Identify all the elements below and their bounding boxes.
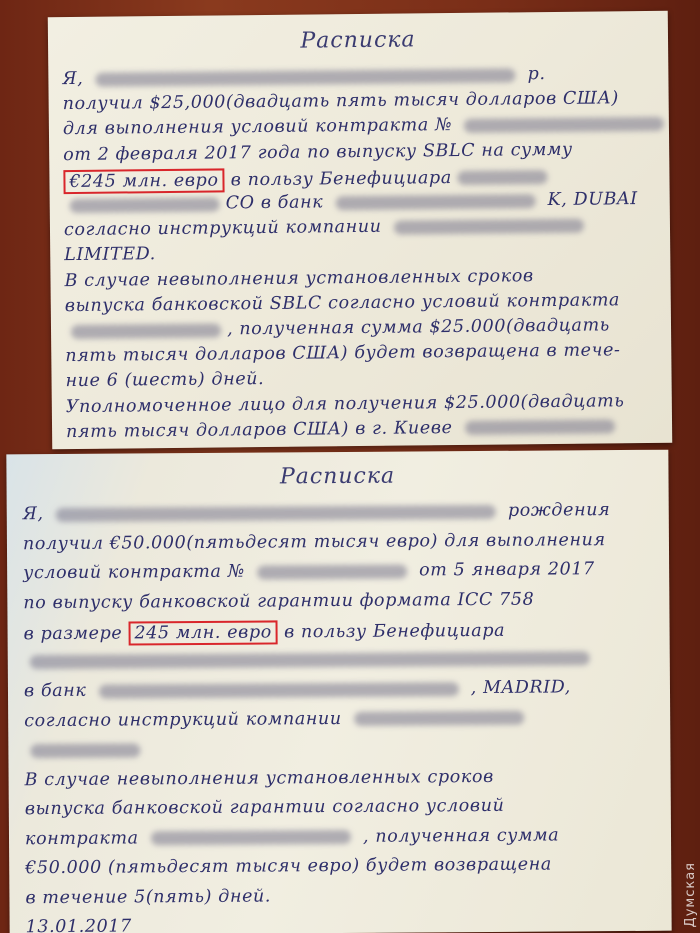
watermark: Думская xyxy=(683,862,698,927)
redacted-text xyxy=(151,830,351,845)
receipt-title: Расписка xyxy=(6,462,668,492)
receipt-top: Расписка Я, р.получил $25,000(двадцать п… xyxy=(48,11,672,449)
highlighted-amount: €245 млн. евро xyxy=(63,168,224,194)
text-segment: , полученная сумма $25.000(двадцать xyxy=(227,315,610,339)
text-segment: в банк xyxy=(24,681,93,701)
redacted-text xyxy=(99,682,459,699)
text-segment: контракта xyxy=(25,828,145,849)
text-segment: выпуска банковской SBLC согласно условий… xyxy=(65,290,620,316)
redacted-text xyxy=(464,117,664,133)
redacted-text xyxy=(354,711,524,726)
text-segment: в течение 5(пять) дней. xyxy=(25,886,271,908)
text-line: Я, р. xyxy=(62,64,545,89)
redacted-text xyxy=(465,420,615,436)
receipt-bottom: Расписка Я, рожденияполучил €50.000(пять… xyxy=(6,450,671,933)
redacted-text xyxy=(70,197,220,213)
receipt-body: Я, р.получил $25,000(двадцать пять тысяч… xyxy=(48,11,668,17)
text-segment: €50.000 (пятьдесят тысяч евро) будет воз… xyxy=(25,855,552,879)
text-segment: согласно инструкций компании xyxy=(24,708,348,730)
text-segment: LIMITED. xyxy=(64,245,156,266)
text-line: , полученная сумма $25.000(двадцать xyxy=(65,315,610,341)
text-segment: по выпуску банковской гарантии формата I… xyxy=(23,589,534,613)
redacted-text xyxy=(30,743,140,758)
text-line: получил €50.000(пятьдесят тысяч евро) дл… xyxy=(23,530,606,554)
text-segment: В случае невыполнения установленных срок… xyxy=(64,266,533,291)
redacted-text xyxy=(257,564,407,579)
text-line: пять тысяч долларов США) будет возвращен… xyxy=(65,340,620,366)
redacted-text xyxy=(335,194,535,210)
text-segment: от 5 января 2017 xyxy=(413,559,595,580)
text-segment: , полученная сумма xyxy=(357,825,560,846)
text-segment: для выполнения условий контракта № xyxy=(63,115,459,139)
text-line: Уполномоченное лицо для получения $25.00… xyxy=(66,391,625,417)
text-line: по выпуску банковской гарантии формата I… xyxy=(23,589,534,613)
text-line: условий контракта № от 5 января 2017 xyxy=(23,559,595,583)
text-line: от 2 февраля 2017 года по выпуску SBLC н… xyxy=(63,139,573,164)
text-line: €50.000 (пятьдесят тысяч евро) будет воз… xyxy=(25,855,552,879)
text-line: В случае невыполнения установленных срок… xyxy=(25,766,494,789)
text-segment: Я, xyxy=(62,69,89,89)
text-line: пять тысяч долларов США) в г. Киеве xyxy=(66,416,621,442)
text-segment: 13.01.2017 xyxy=(26,916,132,933)
text-segment: получил $25,000(двадцать пять тысяч долл… xyxy=(63,88,619,114)
text-segment: условий контракта № xyxy=(23,562,251,584)
text-line xyxy=(24,648,596,672)
redacted-text xyxy=(458,170,548,185)
redacted-text xyxy=(56,504,496,521)
text-line: €245 млн. евро в пользу Бенефициара xyxy=(63,165,554,194)
text-segment: р. xyxy=(521,64,545,84)
redacted-text xyxy=(394,218,584,234)
text-segment: , MADRID, xyxy=(465,677,571,698)
text-line xyxy=(24,739,146,760)
text-segment: получил €50.000(пятьдесят тысяч евро) дл… xyxy=(23,530,606,554)
text-line: контракта , полученная сумма xyxy=(25,825,559,849)
text-segment: пять тысяч долларов США) в г. Киеве xyxy=(66,418,459,442)
text-segment: Я, xyxy=(23,504,50,524)
text-segment: в размере xyxy=(24,623,129,644)
text-segment: рождения xyxy=(502,500,611,521)
text-segment: в пользу Бенефициара xyxy=(284,621,505,643)
text-line: ние 6 (шесть) дней. xyxy=(65,369,264,391)
redacted-text xyxy=(95,68,515,86)
highlighted-amount: 245 млн. евро xyxy=(128,620,278,645)
text-segment: ние 6 (шесть) дней. xyxy=(65,369,264,391)
receipt-title: Расписка xyxy=(48,25,668,56)
text-segment: в пользу Бенефициара xyxy=(231,168,452,190)
text-line: Я, рождения xyxy=(23,500,611,524)
text-segment: В случае невыполнения установленных срок… xyxy=(25,766,494,789)
text-line: выпуска банковской SBLC согласно условий… xyxy=(65,290,620,316)
text-segment: K, DUBAI xyxy=(541,189,638,210)
text-segment: CO в банк xyxy=(226,192,330,213)
redacted-text xyxy=(71,323,221,339)
text-segment: согласно инструкций компании xyxy=(64,217,388,240)
text-segment: Уполномоченное лицо для получения $25.00… xyxy=(66,391,625,417)
text-line: в течение 5(пять) дней. xyxy=(25,886,271,908)
text-line: согласно инструкций компании xyxy=(24,707,530,731)
text-segment: пять тысяч долларов США) будет возвращен… xyxy=(65,340,620,366)
text-line: В случае невыполнения установленных срок… xyxy=(64,266,533,291)
text-line: LIMITED. xyxy=(64,245,156,266)
text-line: 13.01.2017 xyxy=(26,916,132,933)
text-segment: от 2 февраля 2017 года по выпуску SBLC н… xyxy=(63,139,573,164)
text-line: в банк , MADRID, xyxy=(24,677,571,701)
text-line: выпуска банковской гарантии согласно усл… xyxy=(25,796,505,819)
text-line: получил $25,000(двадцать пять тысяч долл… xyxy=(63,88,619,114)
text-line: согласно инструкций компании xyxy=(64,215,590,241)
receipt-body: Я, рожденияполучил €50.000(пятьдесят тыс… xyxy=(6,450,668,455)
text-line: в размере 245 млн. евро в пользу Бенефиц… xyxy=(24,619,506,646)
text-segment: выпуска банковской гарантии согласно усл… xyxy=(25,796,505,819)
redacted-text xyxy=(30,651,590,669)
text-line: для выполнения условий контракта № xyxy=(63,113,671,139)
